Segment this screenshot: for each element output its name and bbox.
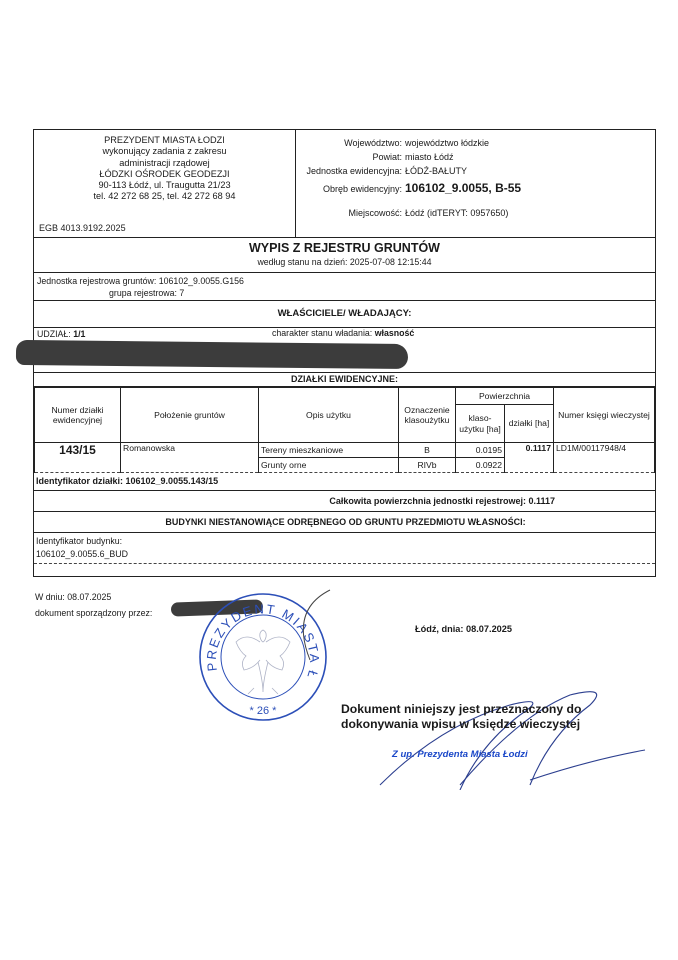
ownership-label: charakter stanu władania:: [272, 328, 372, 338]
land-register-extract: PREZYDENT MIASTA ŁODZI wykonujący zadani…: [33, 129, 656, 577]
owners-heading: WŁAŚCICIELE/ WŁADAJĄCY:: [33, 301, 656, 328]
redacted-owner-name: [16, 340, 408, 369]
case-reference: EGB 4013.9192.2025: [39, 223, 126, 234]
issuing-authority: PREZYDENT MIASTA ŁODZI wykonujący zadani…: [34, 130, 296, 237]
table-row: 143/15 Romanowska Tereny mieszkaniowe B …: [35, 443, 655, 458]
col-plot-number: Numer działki ewidencyjnej: [35, 388, 121, 443]
document-header: PREZYDENT MIASTA ŁODZI wykonujący zadani…: [33, 129, 656, 238]
unit-value: ŁÓDŹ-BAŁUTY: [405, 166, 467, 176]
building-id-value: 106102_9.0055.6_BUD: [36, 548, 655, 561]
col-class: Oznaczenie klasoużytku: [399, 388, 456, 443]
authority-line: PREZYDENT MIASTA ŁODZI: [34, 135, 295, 146]
as-of-date: według stanu na dzień: 2025-07-08 12:15:…: [34, 257, 655, 267]
owners-section: UDZIAŁ: 1/1 charakter stanu władania: wł…: [33, 328, 656, 373]
col-land-register: Numer księgi wieczystej: [554, 388, 655, 443]
col-area-plot: działki [ha]: [505, 405, 554, 443]
use-area: 0.0195: [456, 443, 505, 458]
buildings-heading: BUDYNKI NIESTANOWIĄCE ODRĘBNEGO OD GRUNT…: [33, 512, 656, 533]
place-and-date: Łódź, dnia: 08.07.2025: [415, 624, 512, 634]
unit-label: Jednostka ewidencyjna:: [296, 166, 405, 176]
voivodeship-label: Województwo:: [296, 138, 405, 148]
land-register-number: LD1M/00117948/4: [554, 443, 655, 473]
authority-line: wykonujący zadania z zakresu: [34, 146, 295, 157]
plot-location: Romanowska: [121, 443, 259, 473]
voivodeship-value: województwo łódzkie: [405, 138, 489, 148]
ownership-value: własność: [375, 328, 415, 338]
registration-unit: Jednostka rejestrowa gruntów: 106102_9.0…: [33, 273, 656, 301]
col-area-class: klaso-użytku [ha]: [456, 405, 505, 443]
authority-line: administracji rządowej: [34, 158, 295, 169]
precinct-value: 106102_9.0055, B-55: [405, 181, 521, 195]
use-description: Tereny mieszkaniowe: [259, 443, 399, 458]
building-id-label: Identyfikator budynku:: [36, 535, 655, 548]
locality-label: Miejscowość:: [296, 208, 405, 218]
title-section: WYPIS Z REJESTRU GRUNTÓW według stanu na…: [33, 238, 656, 273]
plot-number: 143/15: [35, 443, 121, 473]
share-label: UDZIAŁ:: [37, 329, 71, 339]
use-class: B: [399, 443, 456, 458]
use-class: RIVb: [399, 458, 456, 473]
issue-date: W dniu: 08.07.2025: [35, 590, 152, 606]
document-title: WYPIS Z REJESTRU GRUNTÓW: [34, 238, 655, 255]
authority-line: ŁÓDZKI OŚRODEK GEODEZJI: [34, 169, 295, 180]
purpose-notice: Dokument niniejszy jest przeznaczony do …: [341, 702, 581, 732]
plot-identifier: Identyfikator działki: 106102_9.0055.143…: [33, 473, 656, 491]
locality-value: Łódź (idTERYT: 0957650): [405, 208, 508, 218]
use-description: Grunty orne: [259, 458, 399, 473]
plots-table-wrap: Numer działki ewidencyjnej Położenie gru…: [33, 387, 656, 473]
signature-caption: Z up. Prezydenta Miasta Łodzi: [392, 749, 528, 760]
col-location: Położenie gruntów: [121, 388, 259, 443]
precinct-label: Obręb ewidencyjny:: [296, 184, 405, 194]
location-info: Województwo:województwo łódzkie Powiat:m…: [296, 130, 655, 237]
notice-line: Dokument niniejszy jest przeznaczony do: [341, 702, 581, 717]
total-area: Całkowita powierzchnia jednostki rejestr…: [33, 491, 656, 512]
authority-line: tel. 42 272 68 25, tel. 42 272 68 94: [34, 191, 295, 202]
county-label: Powiat:: [296, 152, 405, 162]
col-use: Opis użytku: [259, 388, 399, 443]
footer-left: W dniu: 08.07.2025 dokument sporządzony …: [35, 590, 152, 621]
notice-line: dokonywania wpisu w księdze wieczystej: [341, 717, 581, 732]
prepared-by: dokument sporządzony przez:: [35, 606, 152, 622]
col-area-group: Powierzchnia: [456, 388, 554, 405]
plot-area: 0.1117: [505, 443, 554, 473]
county-value: miasto Łódź: [405, 152, 454, 162]
registration-group: grupa rejestrowa: 7: [37, 287, 655, 299]
buildings-section: Identyfikator budynku: 106102_9.0055.6_B…: [33, 533, 656, 577]
plots-table: Numer działki ewidencyjnej Położenie gru…: [34, 387, 655, 473]
share-value: 1/1: [73, 329, 85, 339]
plots-heading: DZIAŁKI EWIDENCYJNE:: [33, 373, 656, 387]
registration-unit-id: Jednostka rejestrowa gruntów: 106102_9.0…: [37, 275, 655, 287]
authority-line: 90-113 Łódź, ul. Traugutta 21/23: [34, 180, 295, 191]
stamp-number: * 26 *: [250, 705, 278, 717]
use-area: 0.0922: [456, 458, 505, 473]
eagle-emblem-icon: [236, 630, 290, 694]
